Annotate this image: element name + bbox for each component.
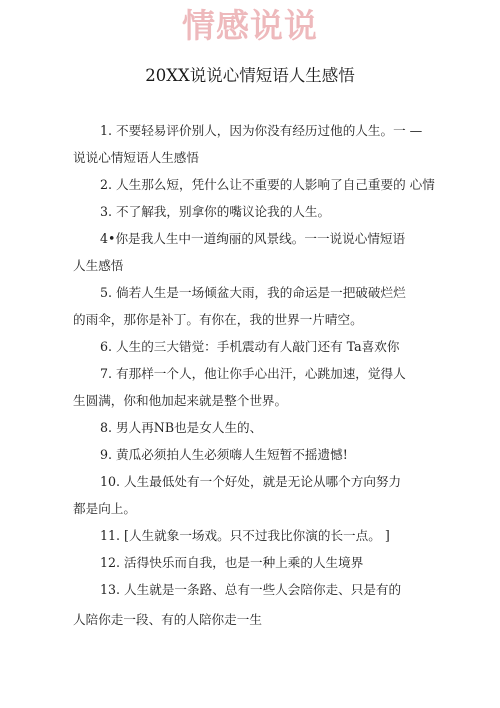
line-12: 8. 男人再NB也是女人生的、 (73, 418, 423, 438)
line-8: 的雨伞，那你是补丁。有你在，我的世界一片晴空。 (73, 310, 423, 330)
line-5: 4•你是我人生中一道绚丽的风景线。一一说说心情短语 (73, 229, 423, 249)
line-16: 11. [人生就象一场戏。只不过我比你演的长一点。 ] (73, 526, 423, 546)
line-14: 10. 人生最低处有一个好处，就是无论从哪个方向努力 (73, 472, 423, 492)
line-9: 6. 人生的三大错觉：手机震动有人敲门还有 Ta喜欢你 (73, 337, 423, 357)
line-15: 都是向上。 (73, 499, 423, 519)
line-2: 说说心情短语人生感悟 (73, 148, 423, 168)
line-1: 1. 不要轻易评价别人，因为你没有经历过他的人生。一 — (73, 121, 423, 141)
watermark-logo: 情感说说 (0, 6, 500, 46)
line-13: 9. 黄瓜必须拍人生必须嗨人生短暂不摇遗憾! (73, 445, 423, 465)
line-7: 5. 倘若人生是一场倾盆大雨，我的命运是一把破破烂烂 (73, 283, 423, 303)
line-18: 13. 人生就是一条路、总有一些人会陪你走、只是有的 (73, 580, 423, 600)
line-4: 3. 不了解我，别拿你的嘴议论我的人生。 (73, 202, 423, 222)
line-6: 人生感悟 (73, 256, 423, 276)
line-10: 7. 有那样一个人，他让你手心出汗，心跳加速，觉得人 (73, 364, 423, 384)
line-11: 生圆满，你和他加起来就是整个世界。 (73, 391, 423, 411)
page-title: 20XX说说心情短语人生感悟 (0, 66, 500, 86)
line-3: 2. 人生那么短，凭什么让不重要的人影响了自己重要的 心情 (73, 175, 423, 195)
document-body: 1. 不要轻易评价别人，因为你没有经历过他的人生。一 — 说说心情短语人生感悟 … (73, 121, 423, 630)
line-19: 人陪你走一段、有的人陪你走一生 (73, 610, 423, 630)
line-17: 12. 活得快乐而自我，也是一种上乘的人生境界 (73, 553, 423, 573)
